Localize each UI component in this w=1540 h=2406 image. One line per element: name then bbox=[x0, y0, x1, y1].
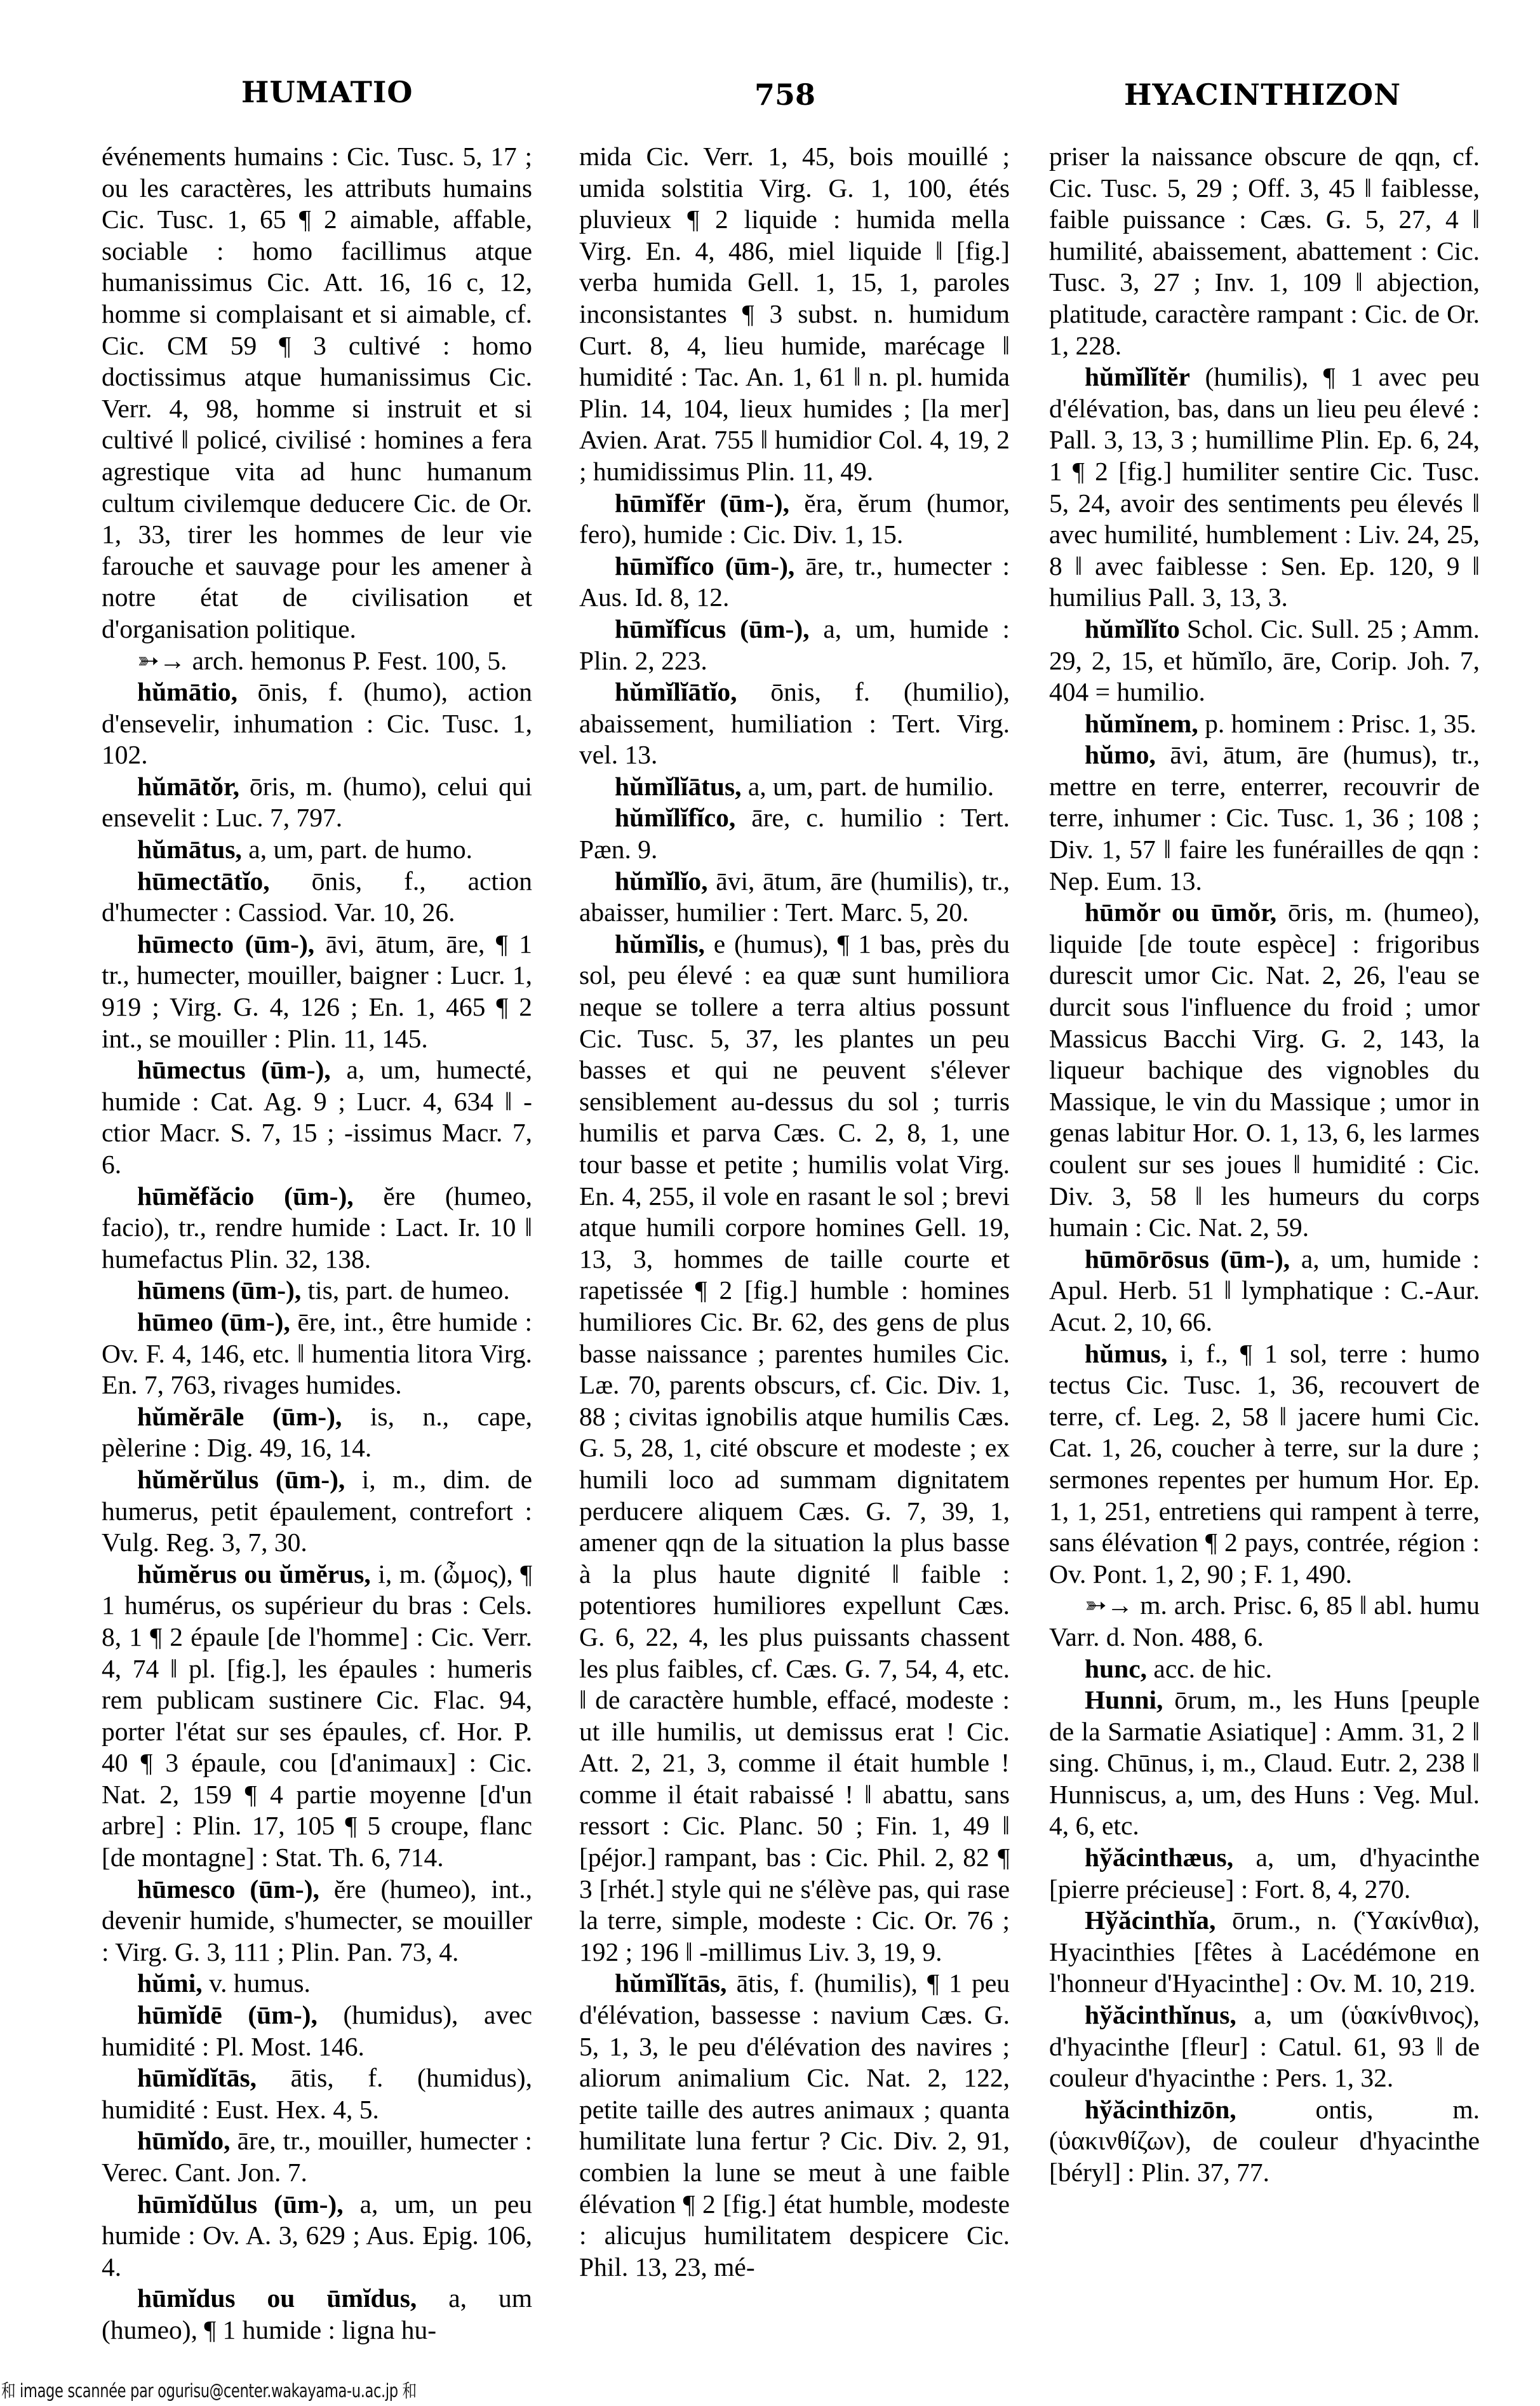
column-2: mida Cic. Verr. 1, 45, bois mouillé ; um… bbox=[579, 141, 1010, 2283]
entry-headword: hŭmĕrus ou ŭmĕrus, bbox=[137, 1559, 371, 1589]
entry-headword: hŭmĭlĭfĭco, bbox=[615, 803, 735, 832]
dictionary-entry: hūmĭfĭcus (ūm-), a, um, humide : Plin. 2… bbox=[579, 614, 1010, 676]
entry-headword: hŭmātus, bbox=[137, 835, 242, 864]
dictionary-entry: hūmōrōsus (ūm-), a, um, humide : Apul. H… bbox=[1049, 1244, 1480, 1338]
entry-definition: i, f., ¶ 1 sol, terre : humo tectus Cic.… bbox=[1049, 1339, 1480, 1589]
dictionary-entry: hŭmĕrŭlus (ūm-), i, m., dim. de humerus,… bbox=[102, 1464, 532, 1559]
running-header: HUMATIO 758 HYACINTHIZON bbox=[0, 75, 1540, 119]
dictionary-entry: hūmĭdus ou ūmĭdus, a, um (humeo), ¶ 1 hu… bbox=[102, 2283, 532, 2346]
entry-definition: acc. de hic. bbox=[1153, 1654, 1272, 1683]
entry-headword: hūmĭfĕr (ūm-), bbox=[615, 488, 789, 518]
dictionary-entry: événements humains : Cic. Tusc. 5, 17 ; … bbox=[102, 141, 532, 645]
entry-definition: ➳→ m. arch. Prisc. 6, 85 ‖ abl. humu Var… bbox=[1049, 1590, 1480, 1651]
dictionary-entry: hūmĭfĭco (ūm-), āre, tr., humecter : Aus… bbox=[579, 551, 1010, 614]
entry-headword: hŭmātio, bbox=[137, 677, 238, 706]
entry-headword: hūmĭdo, bbox=[137, 2126, 230, 2155]
dictionary-entry: hŭmĕrus ou ŭmĕrus, i, m. (ὦμος), ¶ 1 hum… bbox=[102, 1559, 532, 1874]
dictionary-entry: hŭmĭnem, p. hominem : Prisc. 1, 35. bbox=[1049, 708, 1480, 740]
dictionary-entry: hŭmātio, ōnis, f. (humo), action d'ensev… bbox=[102, 676, 532, 771]
dictionary-entry: mida Cic. Verr. 1, 45, bois mouillé ; um… bbox=[579, 141, 1010, 488]
dictionary-entry: hŭmĭlĭātĭo, ōnis, f. (humilio), abaissem… bbox=[579, 676, 1010, 771]
entry-definition: mida Cic. Verr. 1, 45, bois mouillé ; um… bbox=[579, 142, 1010, 486]
entry-headword: Hўăcinthĭa, bbox=[1085, 1905, 1215, 1935]
dictionary-entry: hūmĕfăcio (ūm-), ĕre (humeo, facio), tr.… bbox=[102, 1181, 532, 1275]
dictionary-entry: priser la naissance obscure de qqn, cf. … bbox=[1049, 141, 1480, 361]
entry-headword: hўăcinthĭnus, bbox=[1085, 2000, 1236, 2029]
entry-definition: a, um, part. de humo. bbox=[248, 835, 472, 864]
entry-headword: hunc, bbox=[1085, 1654, 1147, 1683]
entry-definition: ātis, f. (humilis), ¶ 1 peu d'élévation,… bbox=[579, 1968, 1010, 2281]
entry-headword: hŭmĭlĭātus, bbox=[615, 772, 742, 801]
entry-headword: hŭmĭlis, bbox=[615, 929, 705, 958]
entry-headword: hŭmo, bbox=[1085, 740, 1156, 769]
entry-headword: hūmōrōsus (ūm-), bbox=[1085, 1244, 1290, 1274]
dictionary-entry: hūmens (ūm-), tis, part. de humeo. bbox=[102, 1275, 532, 1307]
dictionary-entry: hŭmus, i, f., ¶ 1 sol, terre : humo tect… bbox=[1049, 1338, 1480, 1590]
entry-headword: hūmĭfĭco (ūm-), bbox=[615, 551, 794, 581]
entry-headword: hŭmĭnem, bbox=[1085, 709, 1198, 738]
dictionary-entry: hūmĭfĕr (ūm-), ĕra, ĕrum (humor, fero), … bbox=[579, 488, 1010, 551]
dictionary-entry: hūmŏr ou ūmŏr, ōris, m. (humeo), liquide… bbox=[1049, 897, 1480, 1244]
dictionary-columns: événements humains : Cic. Tusc. 5, 17 ; … bbox=[102, 141, 1467, 2301]
entry-headword: hŭmi, bbox=[137, 1968, 203, 1998]
dictionary-entry: hūmĭdē (ūm-), (humidus), avec humidité :… bbox=[102, 1999, 532, 2062]
dictionary-entry: hūmĭdo, āre, tr., mouiller, humecter : V… bbox=[102, 2125, 532, 2188]
entry-headword: hūmecto (ūm-), bbox=[137, 929, 314, 958]
entry-definition: p. hominem : Prisc. 1, 35. bbox=[1205, 709, 1476, 738]
entry-headword: hŭmĭlĭto bbox=[1085, 614, 1180, 643]
dictionary-entry: hŭmĭlĭto Schol. Cic. Sull. 25 ; Amm. 29,… bbox=[1049, 614, 1480, 708]
dictionary-entry: hūmĭdĭtās, ātis, f. (humidus), humidité … bbox=[102, 2062, 532, 2125]
dictionary-entry: hūmectātĭo, ōnis, f., action d'humecter … bbox=[102, 866, 532, 929]
entry-headword: hūmesco (ūm-), bbox=[137, 1874, 319, 1904]
entry-headword: hūmeo (ūm-), bbox=[137, 1307, 290, 1336]
entry-headword: hūmĭdus ou ūmĭdus, bbox=[137, 2283, 417, 2313]
dictionary-entry: hўăcinthizōn, ontis, m. (ὑακινθίζων), de… bbox=[1049, 2094, 1480, 2189]
entry-headword: hŭmĭlĭātĭo, bbox=[615, 677, 737, 706]
dictionary-entry: hūmectus (ūm-), a, um, humecté, humide :… bbox=[102, 1054, 532, 1180]
entry-headword: hŭmĭlĭtĕr bbox=[1085, 362, 1190, 391]
entry-headword: hŭmātŏr, bbox=[137, 772, 239, 801]
entry-headword: Hunni, bbox=[1085, 1685, 1163, 1714]
dictionary-entry: hŭmĭlĭfĭco, āre, c. humilio : Tert. Pæn.… bbox=[579, 802, 1010, 865]
dictionary-entry: hŭmĭlĭtās, ātis, f. (humilis), ¶ 1 peu d… bbox=[579, 1968, 1010, 2283]
entry-headword: hūmens (ūm-), bbox=[137, 1275, 301, 1305]
entry-definition: événements humains : Cic. Tusc. 5, 17 ; … bbox=[102, 142, 532, 643]
entry-definition: i, m. (ὦμος), ¶ 1 humérus, os supérieur … bbox=[102, 1559, 532, 1872]
entry-headword: hŭmĕrŭlus (ūm-), bbox=[137, 1465, 345, 1494]
entry-definition: e (humus), ¶ 1 bas, près du sol, peu éle… bbox=[579, 929, 1010, 1966]
dictionary-entry: hŭmātŏr, ōris, m. (humo), celui qui ense… bbox=[102, 771, 532, 834]
dictionary-entry: Hўăcinthĭa, ōrum., n. (Ὑακίνθια), Hyacin… bbox=[1049, 1905, 1480, 1999]
entry-headword: hŭmĕrāle (ūm-), bbox=[137, 1402, 342, 1431]
dictionary-entry: hŭmi, v. humus. bbox=[102, 1968, 532, 1999]
dictionary-entry: hŭmĭlĭātus, a, um, part. de humilio. bbox=[579, 771, 1010, 803]
dictionary-entry: hūmecto (ūm-), āvi, ātum, āre, ¶ 1 tr., … bbox=[102, 929, 532, 1054]
dictionary-entry: hŭmĭlis, e (humus), ¶ 1 bas, près du sol… bbox=[579, 929, 1010, 1968]
entry-definition: ōris, m. (humeo), liquide [de toute espè… bbox=[1049, 897, 1480, 1242]
dictionary-entry: hўăcinthĭnus, a, um (ὑακίνθινος), d'hyac… bbox=[1049, 1999, 1480, 2094]
entry-headword: hŭmĭlĭtās, bbox=[615, 1968, 726, 1998]
dictionary-entry: Hunni, ōrum, m., les Huns [peuple de la … bbox=[1049, 1684, 1480, 1842]
entry-headword: hўăcinthæus, bbox=[1085, 1843, 1233, 1872]
dictionary-entry: hūmĭdŭlus (ūm-), a, um, un peu humide : … bbox=[102, 2189, 532, 2283]
left-guideword: HUMATIO bbox=[241, 75, 413, 109]
entry-headword: hūmectātĭo, bbox=[137, 866, 270, 896]
entry-headword: hŭmĭlĭo, bbox=[615, 866, 707, 896]
dictionary-entry: hunc, acc. de hic. bbox=[1049, 1653, 1480, 1685]
entry-definition: ➳→ arch. hemonus P. Fest. 100, 5. bbox=[137, 646, 507, 675]
entry-definition: tis, part. de humeo. bbox=[308, 1275, 510, 1305]
entry-headword: hūmĭdŭlus (ūm-), bbox=[137, 2189, 344, 2219]
entry-definition: a, um, part. de humilio. bbox=[748, 772, 994, 801]
dictionary-entry: hŭmo, āvi, ātum, āre (humus), tr., mettr… bbox=[1049, 739, 1480, 897]
entry-headword: hūmĭfĭcus (ūm-), bbox=[615, 614, 810, 643]
entry-headword: hūmĭdē (ūm-), bbox=[137, 2000, 318, 2029]
column-1: événements humains : Cic. Tusc. 5, 17 ; … bbox=[102, 141, 532, 2346]
dictionary-entry: hūmeo (ūm-), ēre, int., être humide : Ov… bbox=[102, 1307, 532, 1401]
dictionary-entry: hўăcinthæus, a, um, d'hyacinthe [pierre … bbox=[1049, 1842, 1480, 1905]
entry-headword: hўăcinthizōn, bbox=[1085, 2095, 1236, 2124]
entry-definition: v. humus. bbox=[209, 1968, 311, 1998]
dictionary-entry: ➳→ m. arch. Prisc. 6, 85 ‖ abl. humu Var… bbox=[1049, 1590, 1480, 1653]
entry-headword: hŭmus, bbox=[1085, 1339, 1167, 1368]
scan-credit-footer: 和 image scannée par ogurisu@center.wakay… bbox=[1, 2377, 417, 2403]
entry-headword: hūmĕfăcio (ūm-), bbox=[137, 1181, 354, 1211]
entry-headword: hūmĭdĭtās, bbox=[137, 2063, 257, 2092]
dictionary-entry: hŭmĭlĭo, āvi, ātum, āre (humilis), tr., … bbox=[579, 866, 1010, 929]
dictionary-entry: ➳→ arch. hemonus P. Fest. 100, 5. bbox=[102, 645, 532, 677]
dictionary-entry: hŭmātus, a, um, part. de humo. bbox=[102, 834, 532, 866]
entry-headword: hūmŏr ou ūmŏr, bbox=[1085, 897, 1276, 927]
entry-definition: (humilis), ¶ 1 avec peu d'élévation, bas… bbox=[1049, 362, 1480, 612]
dictionary-entry: hūmesco (ūm-), ĕre (humeo), int., deveni… bbox=[102, 1874, 532, 1968]
dictionary-entry: hŭmĭlĭtĕr (humilis), ¶ 1 avec peu d'élév… bbox=[1049, 361, 1480, 614]
entry-headword: hūmectus (ūm-), bbox=[137, 1055, 331, 1084]
page-number: 758 bbox=[754, 77, 815, 112]
entry-definition: priser la naissance obscure de qqn, cf. … bbox=[1049, 142, 1480, 360]
dictionary-entry: hŭmĕrāle (ūm-), is, n., cape, pèlerine :… bbox=[102, 1401, 532, 1464]
right-guideword: HYACINTHIZON bbox=[1124, 77, 1401, 112]
column-3: priser la naissance obscure de qqn, cf. … bbox=[1049, 141, 1480, 2189]
